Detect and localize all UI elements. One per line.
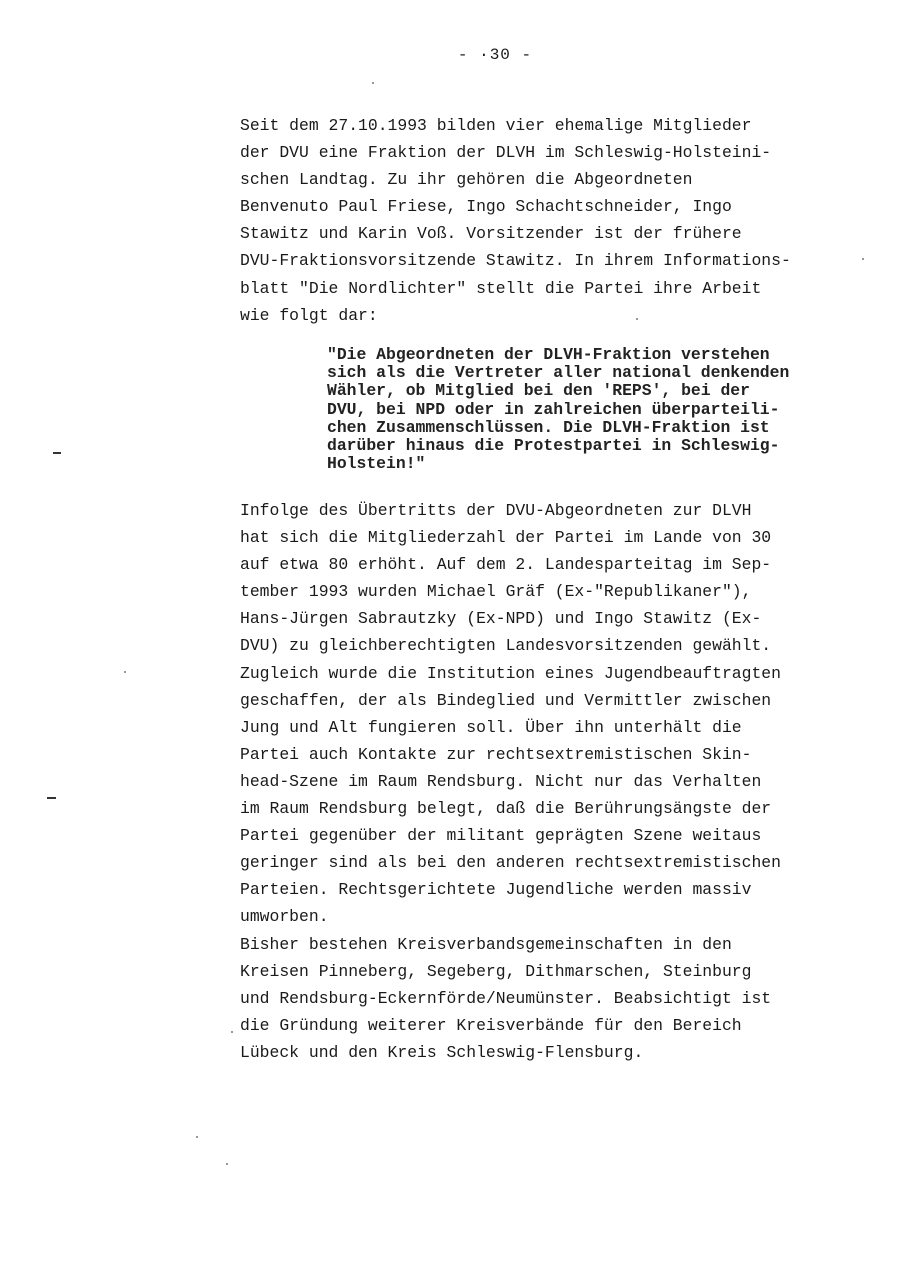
margin-mark xyxy=(47,797,56,799)
text-line: schen Landtag. Zu ihr gehören die Abgeor… xyxy=(240,166,880,193)
text-line: DVU) zu gleichberechtigten Landesvorsitz… xyxy=(240,632,880,659)
text-line: chen Zusammenschlüssen. Die DLVH-Fraktio… xyxy=(327,419,867,437)
text-line: Benvenuto Paul Friese, Ingo Schachtschne… xyxy=(240,193,880,220)
margin-mark xyxy=(53,452,61,454)
scan-speck xyxy=(372,82,374,84)
text-line: Hans-Jürgen Sabrautzky (Ex-NPD) und Ingo… xyxy=(240,605,880,632)
text-line: "Die Abgeordneten der DLVH-Fraktion vers… xyxy=(327,346,867,364)
text-line: Jung und Alt fungieren soll. Über ihn un… xyxy=(240,714,880,741)
text-line: tember 1993 wurden Michael Gräf (Ex-"Rep… xyxy=(240,578,880,605)
text-line: DVU-Fraktionsvorsitzende Stawitz. In ihr… xyxy=(240,247,880,274)
text-line: Wähler, ob Mitglied bei den 'REPS', bei … xyxy=(327,382,867,400)
text-line: der DVU eine Fraktion der DLVH im Schles… xyxy=(240,139,880,166)
text-line: head-Szene im Raum Rendsburg. Nicht nur … xyxy=(240,768,880,795)
text-line: umworben. xyxy=(240,903,880,930)
text-line: sich als die Vertreter aller national de… xyxy=(327,364,867,382)
text-line: DVU, bei NPD oder in zahlreichen überpar… xyxy=(327,401,867,419)
text-line: Seit dem 27.10.1993 bilden vier ehemalig… xyxy=(240,112,880,139)
scan-speck xyxy=(196,1136,198,1138)
text-line: Bisher bestehen Kreisverbandsgemeinschaf… xyxy=(240,931,880,958)
text-line: Parteien. Rechtsgerichtete Jugendliche w… xyxy=(240,876,880,903)
scan-speck xyxy=(226,1163,228,1165)
text-line: Zugleich wurde die Institution eines Jug… xyxy=(240,660,880,687)
page-number: - ·30 - xyxy=(0,46,900,64)
scan-speck xyxy=(636,318,638,320)
text-line: blatt "Die Nordlichter" stellt die Parte… xyxy=(240,275,880,302)
text-line: Stawitz und Karin Voß. Vorsitzender ist … xyxy=(240,220,880,247)
text-line: darüber hinaus die Protestpartei in Schl… xyxy=(327,437,867,455)
text-line: auf etwa 80 erhöht. Auf dem 2. Landespar… xyxy=(240,551,880,578)
scan-speck xyxy=(231,1031,233,1033)
text-line: geschaffen, der als Bindeglied und Vermi… xyxy=(240,687,880,714)
text-line: geringer sind als bei den anderen rechts… xyxy=(240,849,880,876)
scan-speck xyxy=(124,671,126,673)
text-line: hat sich die Mitgliederzahl der Partei i… xyxy=(240,524,880,551)
main-paragraph: Infolge des Übertritts der DVU-Abgeordne… xyxy=(240,497,880,1066)
text-line: die Gründung weiterer Kreisverbände für … xyxy=(240,1012,880,1039)
text-line: Partei gegenüber der militant geprägten … xyxy=(240,822,880,849)
intro-paragraph: Seit dem 27.10.1993 bilden vier ehemalig… xyxy=(240,112,880,329)
text-line: Holstein!" xyxy=(327,455,867,473)
text-line: Partei auch Kontakte zur rechtsextremist… xyxy=(240,741,880,768)
text-line: Lübeck und den Kreis Schleswig-Flensburg… xyxy=(240,1039,880,1066)
text-line: Kreisen Pinneberg, Segeberg, Dithmarsche… xyxy=(240,958,880,985)
block-quote: "Die Abgeordneten der DLVH-Fraktion vers… xyxy=(327,346,867,473)
text-line: wie folgt dar: xyxy=(240,302,880,329)
text-line: und Rendsburg-Eckernförde/Neumünster. Be… xyxy=(240,985,880,1012)
text-line: Infolge des Übertritts der DVU-Abgeordne… xyxy=(240,497,880,524)
text-line: im Raum Rendsburg belegt, daß die Berühr… xyxy=(240,795,880,822)
scan-speck xyxy=(862,258,864,260)
